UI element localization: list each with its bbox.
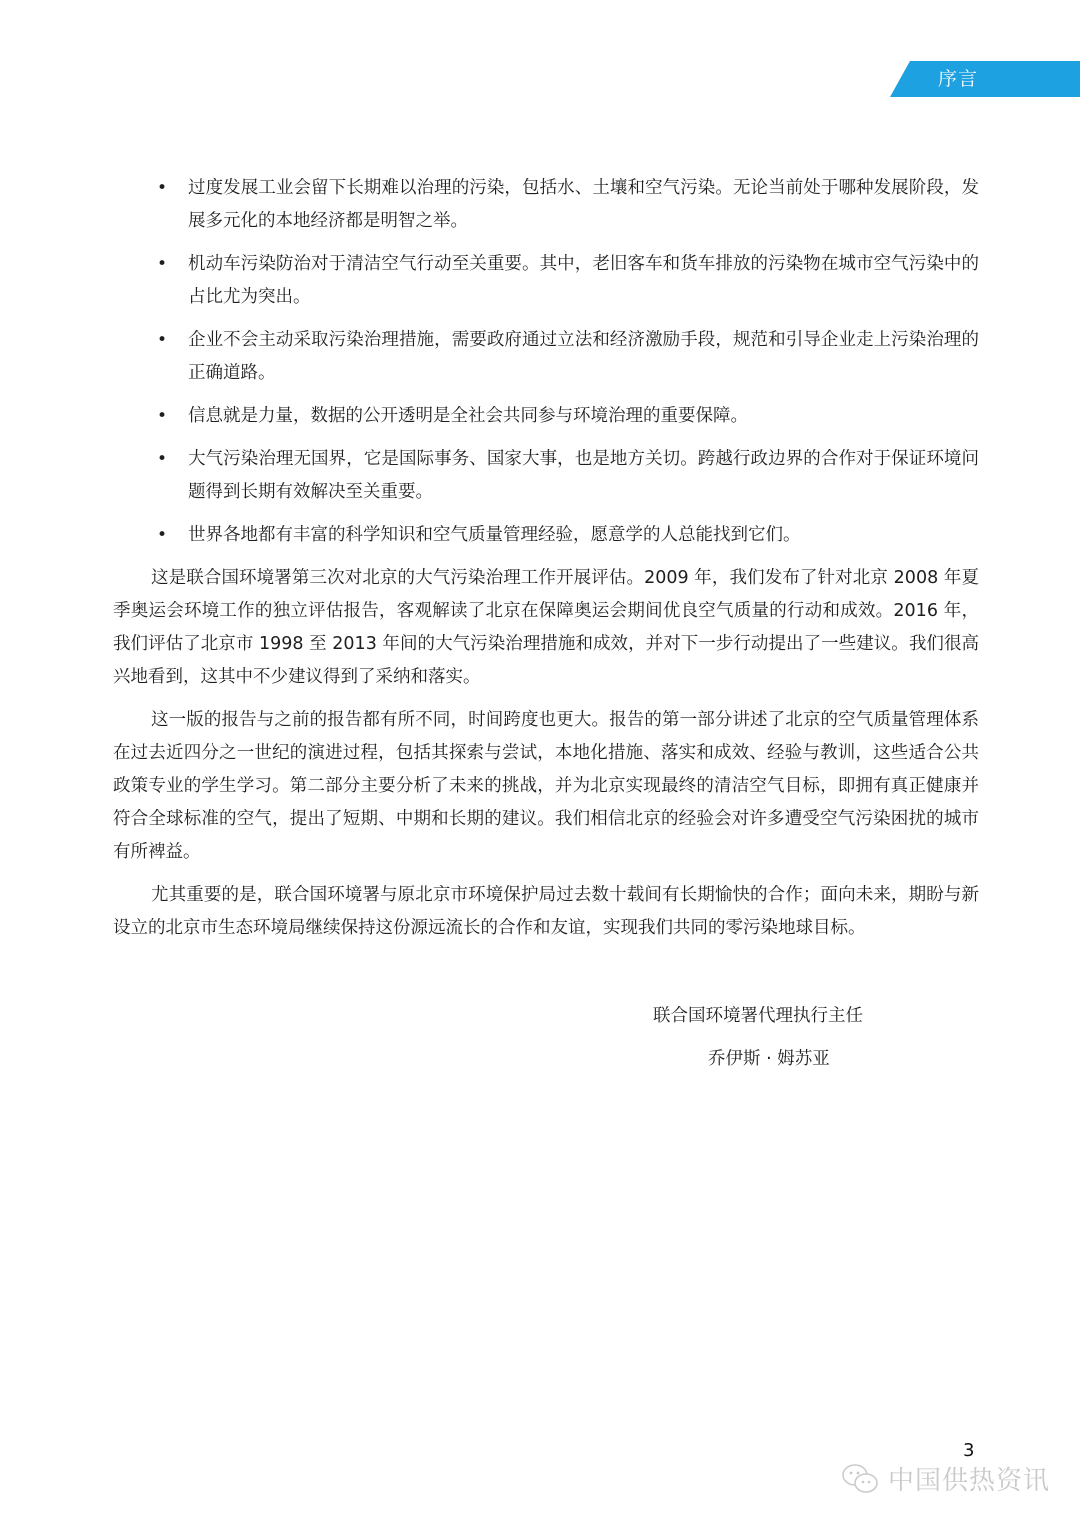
bullet-icon: • <box>157 443 167 476</box>
list-item-text: 大气污染治理无国界，它是国际事务、国家大事，也是地方关切。跨越行政边界的合作对于… <box>188 449 979 502</box>
list-item: • 机动车污染防治对于清洁空气行动至关重要。其中，老旧客车和货车排放的污染物在城… <box>113 248 979 314</box>
document-body: • 过度发展工业会留下长期难以治理的污染，包括水、土壤和空气污染。无论当前处于哪… <box>113 172 979 955</box>
list-item-text: 企业不会主动采取污染治理措施，需要政府通过立法和经济激励手段，规范和引导企业走上… <box>188 330 979 383</box>
bullet-icon: • <box>157 248 167 281</box>
key-lessons-list: • 过度发展工业会留下长期难以治理的污染，包括水、土壤和空气污染。无论当前处于哪… <box>113 172 979 552</box>
section-title: 序言 <box>938 65 978 93</box>
signature-block: 联合国环境署代理执行主任 乔伊斯 · 姆苏亚 <box>653 995 863 1081</box>
signatory-title: 联合国环境署代理执行主任 <box>653 995 863 1038</box>
section-tab: 序言 <box>890 61 1080 97</box>
watermark: 中国供热资讯 <box>840 1460 1050 1497</box>
paragraph-assessment-history: 这是联合国环境署第三次对北京的大气污染治理工作开展评估。2009 年，我们发布了… <box>113 562 979 694</box>
list-item: • 企业不会主动采取污染治理措施，需要政府通过立法和经济激励手段，规范和引导企业… <box>113 324 979 390</box>
bullet-icon: • <box>157 324 167 357</box>
bullet-icon: • <box>157 172 167 205</box>
paragraph-report-overview: 这一版的报告与之前的报告都有所不同，时间跨度也更大。报告的第一部分讲述了北京的空… <box>113 704 979 869</box>
list-item: • 大气污染治理无国界，它是国际事务、国家大事，也是地方关切。跨越行政边界的合作… <box>113 443 979 509</box>
bullet-icon: • <box>157 519 167 552</box>
wechat-icon <box>840 1463 880 1495</box>
watermark-text: 中国供热资讯 <box>888 1460 1050 1497</box>
list-item-text: 过度发展工业会留下长期难以治理的污染，包括水、土壤和空气污染。无论当前处于哪种发… <box>188 178 979 231</box>
paragraph-cooperation: 尤其重要的是，联合国环境署与原北京市环境保护局过去数十载间有长期愉快的合作；面向… <box>113 879 979 945</box>
list-item-text: 世界各地都有丰富的科学知识和空气质量管理经验，愿意学的人总能找到它们。 <box>188 525 801 545</box>
list-item-text: 信息就是力量，数据的公开透明是全社会共同参与环境治理的重要保障。 <box>188 406 748 426</box>
list-item: • 信息就是力量，数据的公开透明是全社会共同参与环境治理的重要保障。 <box>113 400 979 433</box>
list-item-text: 机动车污染防治对于清洁空气行动至关重要。其中，老旧客车和货车排放的污染物在城市空… <box>188 254 979 307</box>
bullet-icon: • <box>157 400 167 433</box>
list-item: • 世界各地都有丰富的科学知识和空气质量管理经验，愿意学的人总能找到它们。 <box>113 519 979 552</box>
list-item: • 过度发展工业会留下长期难以治理的污染，包括水、土壤和空气污染。无论当前处于哪… <box>113 172 979 238</box>
page-number: 3 <box>963 1440 974 1461</box>
signatory-name: 乔伊斯 · 姆苏亚 <box>653 1038 863 1081</box>
